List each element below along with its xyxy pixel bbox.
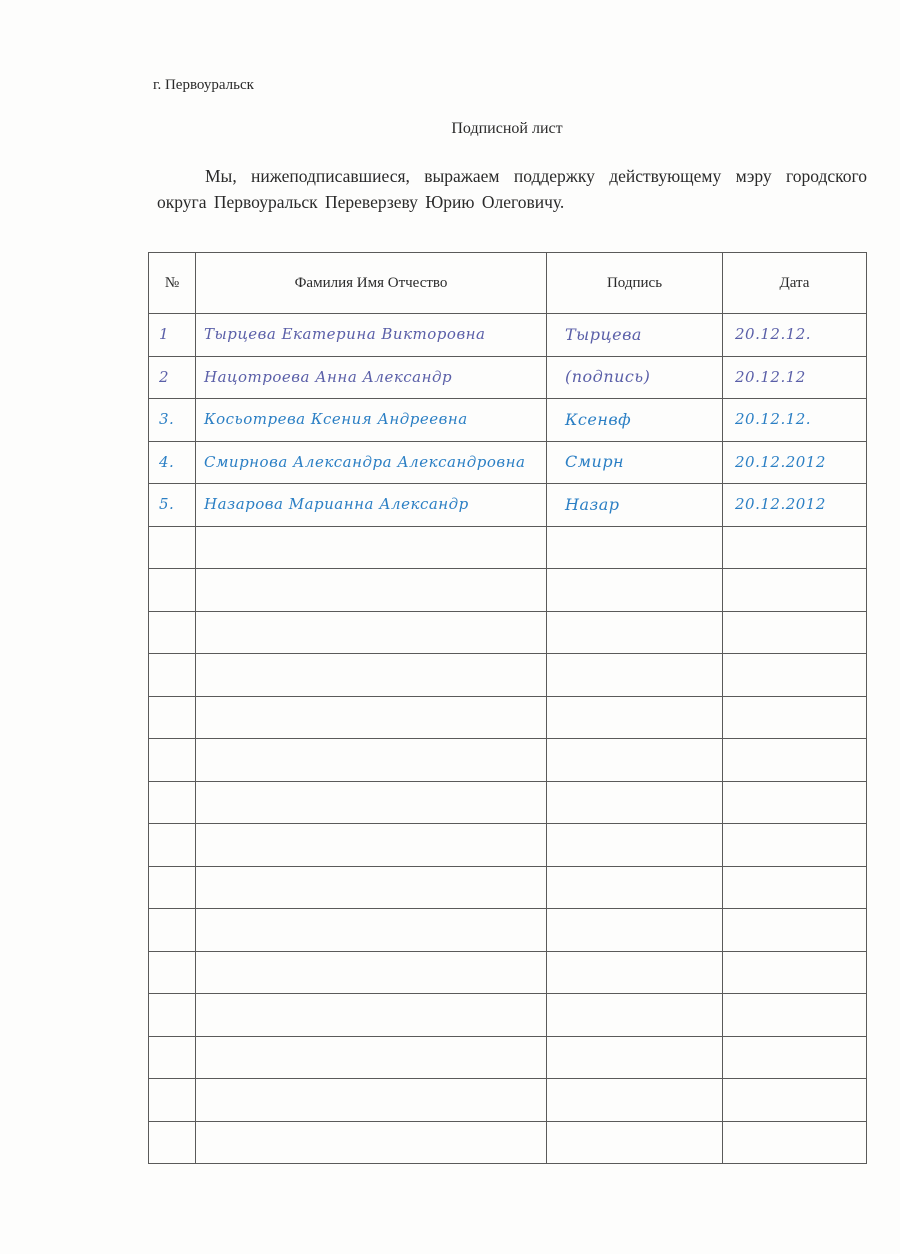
empty-name-cell (196, 1079, 547, 1122)
table-row: 1Тырцева Екатерина ВикторовнаТырцева20.1… (149, 314, 867, 357)
empty-number-cell (149, 526, 196, 569)
empty-signature-cell (547, 951, 723, 994)
handwritten-text: Тырцева Екатерина Викторовна (196, 325, 486, 343)
empty-signature-cell (547, 696, 723, 739)
empty-number-cell (149, 1036, 196, 1079)
empty-table-row (149, 526, 867, 569)
empty-signature-cell (547, 739, 723, 782)
empty-name-cell (196, 696, 547, 739)
row-number: 3. (149, 399, 196, 442)
empty-name-cell (196, 781, 547, 824)
empty-number-cell (149, 739, 196, 782)
date-cell: 20.12.2012 (723, 484, 867, 527)
handwritten-text: Тырцева (547, 325, 642, 344)
row-number: 1 (149, 314, 196, 357)
empty-date-cell (723, 824, 867, 867)
empty-table-row (149, 696, 867, 739)
signature-cell: Смирн (547, 441, 723, 484)
table-row: 2Нацотроева Анна Александр(подпись)20.12… (149, 356, 867, 399)
full-name-cell: Тырцева Екатерина Викторовна (196, 314, 547, 357)
empty-signature-cell (547, 1036, 723, 1079)
signature-cell: (подпись) (547, 356, 723, 399)
empty-date-cell (723, 696, 867, 739)
date-cell: 20.12.12. (723, 314, 867, 357)
empty-signature-cell (547, 909, 723, 952)
full-name-cell: Косьотрева Ксения Андреевна (196, 399, 547, 442)
empty-date-cell (723, 1121, 867, 1164)
empty-date-cell (723, 951, 867, 994)
empty-number-cell (149, 824, 196, 867)
handwritten-text: Нацотроева Анна Александр (196, 368, 452, 386)
empty-name-cell (196, 994, 547, 1037)
empty-date-cell (723, 526, 867, 569)
empty-number-cell (149, 611, 196, 654)
handwritten-text: 20.12.2012 (723, 495, 826, 513)
empty-name-cell (196, 824, 547, 867)
empty-signature-cell (547, 654, 723, 697)
table-row: 4.Смирнова Александра АлександровнаСмирн… (149, 441, 867, 484)
empty-number-cell (149, 866, 196, 909)
empty-signature-cell (547, 866, 723, 909)
table-body: 1Тырцева Екатерина ВикторовнаТырцева20.1… (149, 314, 867, 1164)
empty-table-row (149, 909, 867, 952)
date-cell: 20.12.12 (723, 356, 867, 399)
date-cell: 20.12.12. (723, 399, 867, 442)
empty-signature-cell (547, 1121, 723, 1164)
empty-name-cell (196, 1121, 547, 1164)
empty-name-cell (196, 951, 547, 994)
handwritten-text: Ксенвф (547, 410, 631, 429)
empty-signature-cell (547, 781, 723, 824)
empty-date-cell (723, 654, 867, 697)
full-name-cell: Смирнова Александра Александровна (196, 441, 547, 484)
empty-signature-cell (547, 611, 723, 654)
empty-number-cell (149, 654, 196, 697)
signature-cell: Назар (547, 484, 723, 527)
empty-table-row (149, 781, 867, 824)
empty-signature-cell (547, 569, 723, 612)
empty-name-cell (196, 1036, 547, 1079)
empty-table-row (149, 654, 867, 697)
handwritten-text: Смирн (547, 452, 624, 471)
empty-name-cell (196, 526, 547, 569)
empty-table-row (149, 1121, 867, 1164)
signature-cell: Тырцева (547, 314, 723, 357)
empty-number-cell (149, 696, 196, 739)
empty-name-cell (196, 654, 547, 697)
handwritten-text: 5. (149, 495, 174, 513)
row-number: 5. (149, 484, 196, 527)
empty-table-row (149, 994, 867, 1037)
empty-table-row (149, 866, 867, 909)
empty-table-row (149, 569, 867, 612)
empty-date-cell (723, 909, 867, 952)
handwritten-text: 20.12.12 (723, 368, 806, 386)
empty-signature-cell (547, 526, 723, 569)
handwritten-text: 2 (149, 368, 169, 386)
empty-date-cell (723, 781, 867, 824)
empty-number-cell (149, 994, 196, 1037)
handwritten-text: 1 (149, 325, 169, 343)
empty-date-cell (723, 569, 867, 612)
city-line: г. Первоуральск (153, 77, 254, 94)
empty-number-cell (149, 1079, 196, 1122)
empty-name-cell (196, 909, 547, 952)
handwritten-text: Назарова Марианна Александр (196, 495, 469, 513)
empty-table-row (149, 1079, 867, 1122)
header-signature: Подпись (547, 253, 723, 314)
row-number: 2 (149, 356, 196, 399)
empty-signature-cell (547, 994, 723, 1037)
empty-date-cell (723, 866, 867, 909)
row-number: 4. (149, 441, 196, 484)
handwritten-text: 3. (149, 410, 174, 428)
signature-cell: Ксенвф (547, 399, 723, 442)
empty-number-cell (149, 569, 196, 612)
empty-date-cell (723, 739, 867, 782)
empty-date-cell (723, 994, 867, 1037)
empty-date-cell (723, 1079, 867, 1122)
empty-number-cell (149, 1121, 196, 1164)
handwritten-text: 20.12.12. (723, 325, 811, 343)
handwritten-text: 20.12.12. (723, 410, 811, 428)
empty-name-cell (196, 739, 547, 782)
empty-name-cell (196, 611, 547, 654)
empty-table-row (149, 739, 867, 782)
empty-date-cell (723, 611, 867, 654)
empty-signature-cell (547, 824, 723, 867)
empty-name-cell (196, 866, 547, 909)
handwritten-text: 20.12.2012 (723, 453, 826, 471)
header-full-name: Фамилия Имя Отчество (196, 253, 547, 314)
handwritten-text: Назар (547, 495, 620, 514)
header-number: № (149, 253, 196, 314)
empty-number-cell (149, 951, 196, 994)
handwritten-text: (подпись) (547, 367, 650, 386)
handwritten-text: Косьотрева Ксения Андреевна (196, 410, 468, 428)
full-name-cell: Нацотроева Анна Александр (196, 356, 547, 399)
table-row: 5.Назарова Марианна АлександрНазар20.12.… (149, 484, 867, 527)
empty-signature-cell (547, 1079, 723, 1122)
handwritten-text: 4. (149, 453, 174, 471)
header-date: Дата (723, 253, 867, 314)
date-cell: 20.12.2012 (723, 441, 867, 484)
full-name-cell: Назарова Марианна Александр (196, 484, 547, 527)
handwritten-text: Смирнова Александра Александровна (196, 453, 525, 471)
empty-table-row (149, 951, 867, 994)
document-title: Подписной лист (0, 120, 900, 138)
empty-date-cell (723, 1036, 867, 1079)
table-row: 3.Косьотрева Ксения АндреевнаКсенвф20.12… (149, 399, 867, 442)
empty-number-cell (149, 909, 196, 952)
empty-table-row (149, 824, 867, 867)
empty-number-cell (149, 781, 196, 824)
intro-text: Мы, нижеподписавшиеся, выражаем поддержк… (157, 166, 867, 212)
empty-table-row (149, 611, 867, 654)
empty-name-cell (196, 569, 547, 612)
signature-table: № Фамилия Имя Отчество Подпись Дата 1Тыр… (148, 252, 867, 1164)
intro-paragraph: Мы, нижеподписавшиеся, выражаем поддержк… (157, 163, 867, 215)
empty-table-row (149, 1036, 867, 1079)
table-header-row: № Фамилия Имя Отчество Подпись Дата (149, 253, 867, 314)
